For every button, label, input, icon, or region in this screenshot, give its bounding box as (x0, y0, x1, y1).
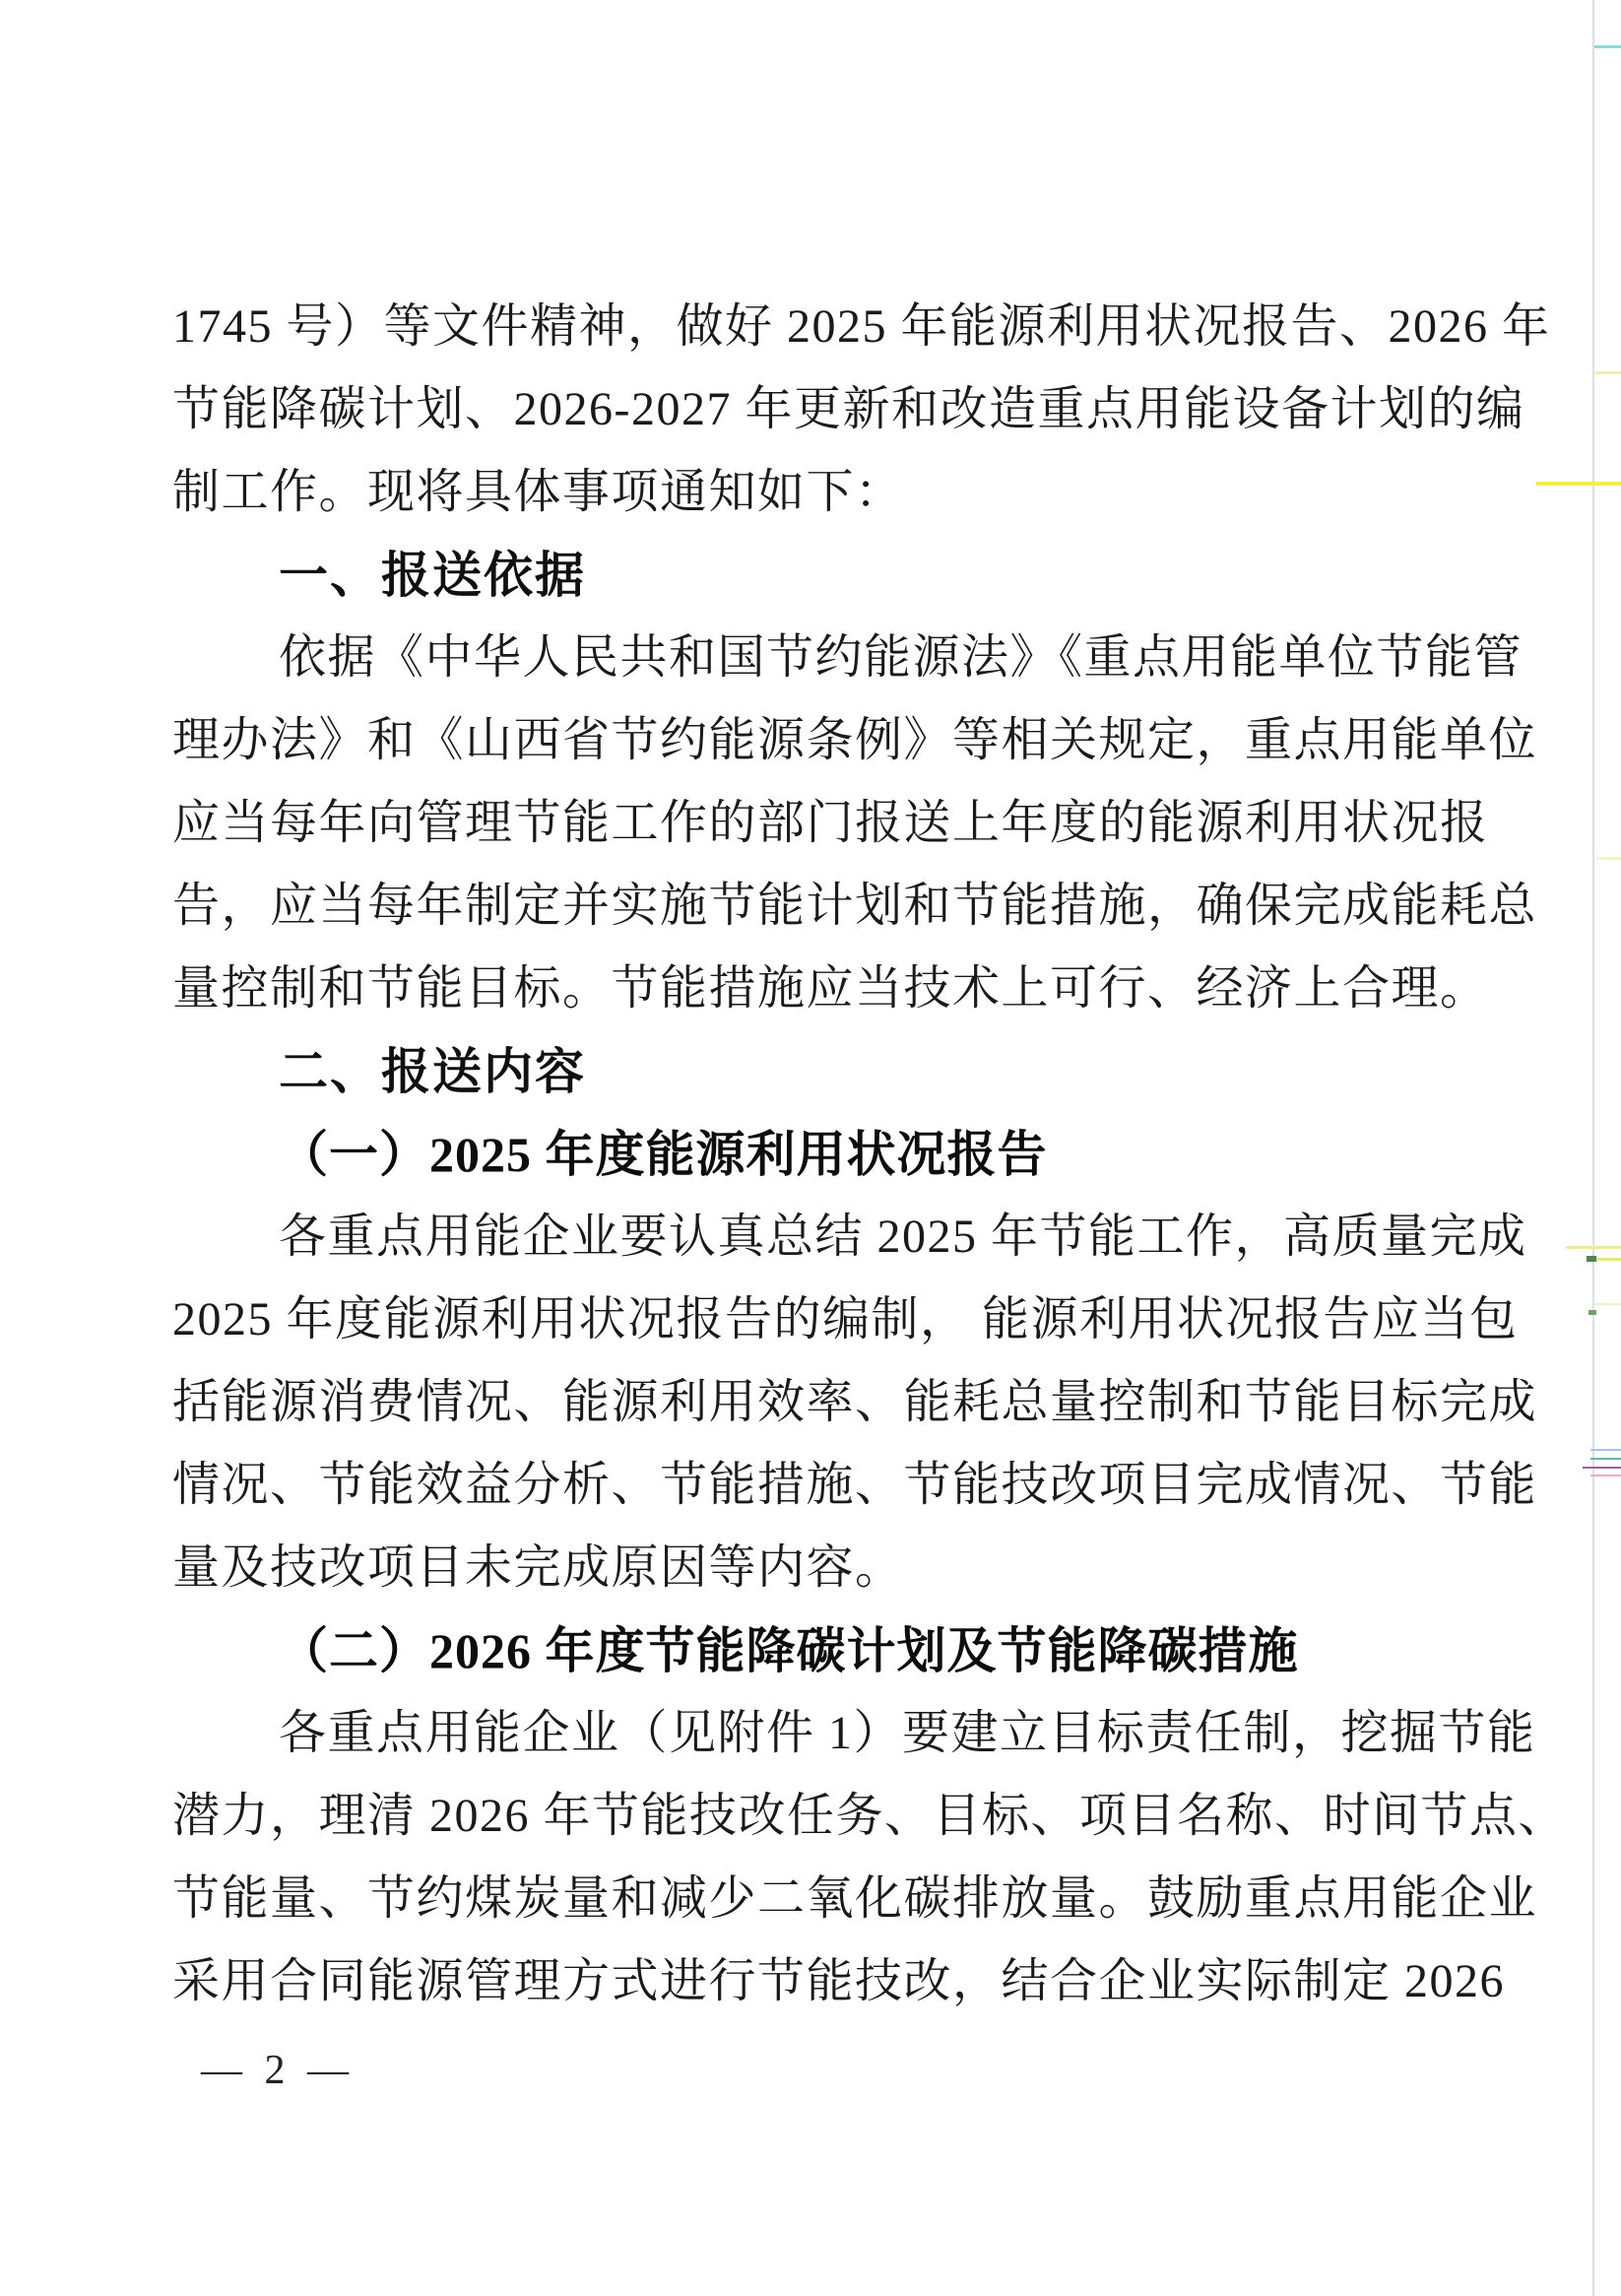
scan-artifact-teal-tick (1590, 1458, 1621, 1460)
body-line: 告，应当每年制定并实施节能计划和节能措施，确保完成能耗总 (172, 865, 1512, 948)
document-body: 1745 号）等文件精神，做好 2025 年能源利用状况报告、2026 年 节能… (172, 286, 1512, 2023)
section-heading-2: 二、报送内容 (172, 1030, 1512, 1113)
page-number: — 2 — (201, 2041, 355, 2100)
body-line: 量控制和节能目标。节能措施应当技术上可行、经济上合理。 (172, 948, 1512, 1030)
subsection-heading-2: （二）2026 年度节能降碳计划及节能降碳措施 (172, 1609, 1512, 1692)
scan-artifact-purple-tick (1583, 1467, 1621, 1469)
body-line: 各重点用能企业（见附件 1）要建立目标责任制，挖掘节能 (172, 1692, 1512, 1775)
body-line: 各重点用能企业要认真总结 2025 年节能工作，高质量完成 (172, 1196, 1512, 1279)
scan-artifact-yellow-tick (1596, 857, 1621, 860)
body-line: 情况、节能效益分析、节能措施、节能技改项目完成情况、节能 (172, 1444, 1512, 1527)
scanned-document-page: 1745 号）等文件精神，做好 2025 年能源利用状况报告、2026 年 节能… (0, 0, 1621, 2296)
body-line: 采用合同能源管理方式进行节能技改，结合企业实际制定 2026 (172, 1940, 1512, 2023)
body-line: 依据《中华人民共和国节约能源法》《重点用能单位节能管 (172, 617, 1512, 699)
body-line: 2025 年度能源利用状况报告的编制， 能源利用状况报告应当包 (172, 1279, 1512, 1361)
body-line: 理办法》和《山西省节约能源条例》等相关规定，重点用能单位 (172, 699, 1512, 782)
scan-artifact-green-dot (1589, 1310, 1596, 1315)
scan-edge-line (1592, 0, 1594, 2296)
scan-artifact-cyan-tick (1594, 45, 1621, 48)
scan-artifact-blue-tick (1590, 1449, 1621, 1451)
scan-artifact-green-dot (1587, 1256, 1596, 1262)
body-line: 1745 号）等文件精神，做好 2025 年能源利用状况报告、2026 年 (172, 286, 1512, 368)
body-line: 括能源消费情况、能源利用效率、能耗总量控制和节能目标完成 (172, 1361, 1512, 1444)
scan-artifact-yellow-tick (1566, 1246, 1621, 1249)
body-line: 量及技改项目未完成原因等内容。 (172, 1527, 1512, 1609)
scan-artifact-pink-tick (1590, 1475, 1621, 1476)
body-line: 节能降碳计划、2026-2027 年更新和改造重点用能设备计划的编 (172, 368, 1512, 451)
section-heading-1: 一、报送依据 (172, 534, 1512, 617)
scan-artifact-yellow-tick (1594, 1303, 1621, 1305)
body-line: 节能量、节约煤炭量和减少二氧化碳排放量。鼓励重点用能企业 (172, 1858, 1512, 1940)
scan-artifact-yellow-tick (1595, 371, 1621, 374)
body-line: 制工作。现将具体事项通知如下： (172, 451, 1512, 534)
body-line: 潜力，理清 2026 年节能技改任务、目标、项目名称、时间节点、 (172, 1775, 1512, 1858)
body-line: 应当每年向管理节能工作的部门报送上年度的能源利用状况报 (172, 782, 1512, 865)
subsection-heading-1: （一）2025 年度能源利用状况报告 (172, 1113, 1512, 1196)
scan-artifact-yellow-tick (1536, 482, 1621, 486)
